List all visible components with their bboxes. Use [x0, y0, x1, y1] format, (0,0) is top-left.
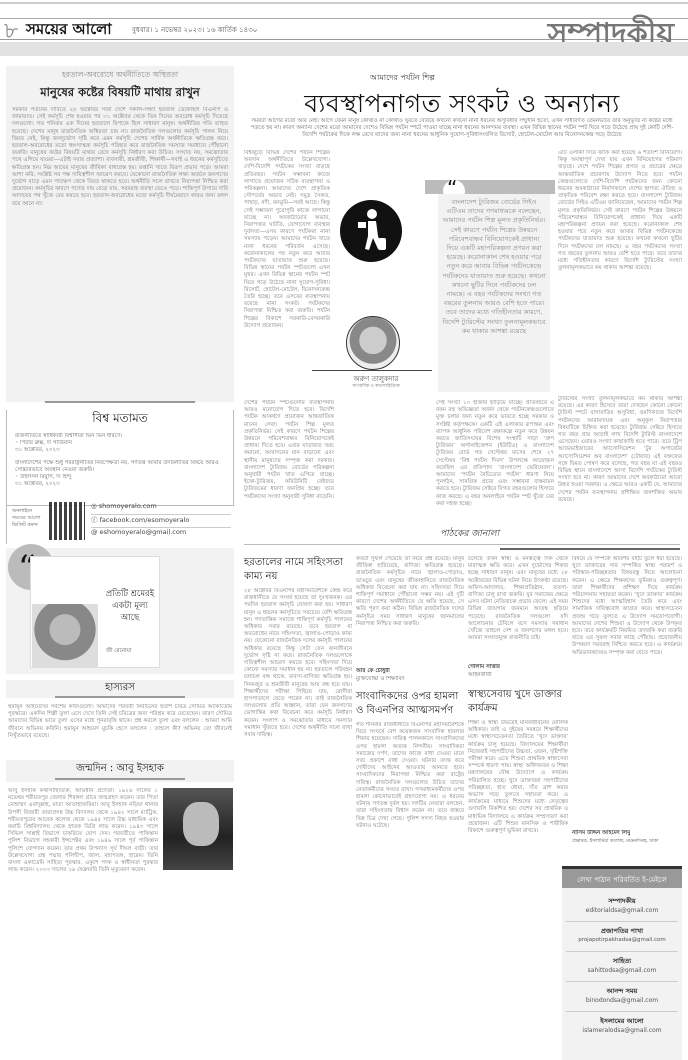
contact-email-link[interactable]: editorialdsa@gmail.com — [566, 907, 678, 914]
contacts-title: লেখা পাঠান পরিবর্তিত ই-মেইলে — [562, 866, 682, 888]
divider — [500, 548, 680, 550]
main-lead: সময়টা আগের মতো আর নেই। আগে যেমন মানুষ ক… — [244, 118, 680, 142]
editorial-headline: মানুষের কষ্টের বিষয়টি মাথায় রাখুন — [12, 84, 228, 103]
spacer — [402, 150, 414, 151]
contact-email-link[interactable]: projapotirpakhadsa@gmail.com — [566, 937, 678, 943]
pullquote-text: বাংলাদেশ ট্যুরিজম বোর্ডের সিইও এটিএম তাদ… — [438, 194, 550, 392]
article-3-body: গত শনিবার রাজধানীতে বিএনপির মহাসমাবেশকে … — [356, 722, 464, 1054]
contact-editorial: সম্পাদকীয় editorialdsa@gmail.com — [566, 892, 678, 922]
quote-author: জী রেনোয়া — [106, 648, 131, 656]
world-opinion-box: বিশ্ব মতামত রাজনীতিতে স্বাধিকারী বিশ্বাস… — [6, 410, 234, 506]
website-link[interactable]: ◎ shomoyeralo.com — [91, 502, 231, 515]
portrait-face — [183, 802, 219, 846]
opinion-quote-1: রাজনীতিতে স্বাধিকারী বিশ্বাসীরা ভিন ভিন … — [15, 433, 225, 440]
issue-date: বুধবার। ১ নভেম্বর ২০২৩। ১৬ কার্তিক ১৪৩০ — [132, 24, 257, 36]
header-band — [0, 42, 688, 56]
author-portrait — [32, 604, 98, 668]
contact-projapoti: প্রজাপতির পাখা projapotirpakhadsa@gmail.… — [566, 922, 678, 952]
contact-label: ইসলামের আলো — [566, 1016, 678, 1027]
contact-label: প্রজাপতির পাখা — [566, 926, 678, 937]
article-4-author: গোলাম সাত্তার — [468, 664, 500, 671]
article-1-body: ২৮ অক্টোবর বিএনপির মহাসমাবেশকে কেন্দ্র ক… — [244, 588, 352, 1054]
opinion-author-1: ◦ পিটার ব্রুক্স, দ্য গার্ডিয়ান — [15, 440, 225, 447]
article-5-body: শিক্ষা ও স্বাস্থ্য উভয়েই মানবজীবনের মৌল… — [468, 720, 568, 1054]
contact-emails-box: লেখা পাঠান পরিবর্তিত ই-মেইলে সম্পাদকীয় … — [562, 866, 682, 1060]
traveler-icon — [340, 200, 402, 262]
contact-email-link[interactable]: sahittodsa@gmail.com — [566, 967, 678, 974]
article-2-author: আর কে চৌধুরী — [356, 668, 390, 675]
newspaper-logo[interactable]: সময়ের আলো — [26, 18, 112, 43]
birthday-body: আবু ইসহাক কথাসাহিত্যিক, অভিধান প্রণেতা। … — [8, 788, 158, 1054]
main-column-3: এটি এলাকা দিয়ে ফাঁকি করা হয়েছে ৬ শতাংশ… — [558, 150, 682, 390]
contact-islam: ইসলামের আলো islameralodsa@gmail.com — [566, 1012, 678, 1042]
email-icon: @ — [91, 528, 98, 536]
opinion-date-2: ৩১ অক্টোবর, ২০২৩ — [15, 481, 225, 488]
article-3-title: সাংবাদিকদের ওপর হামলা ও বিএনপির আত্মসমর্… — [356, 690, 466, 718]
humor-header: হাস্যরস — [6, 680, 234, 698]
divider — [312, 370, 432, 371]
social-links-box: অনলাইনে সময়ের আলো ভিজিট করুন ◎ shomoyer… — [6, 500, 234, 544]
article-4-role: আইনজীবী — [468, 672, 492, 679]
opinion-quote-2: বাংলাদেশের পক্ষে শুধু পররাষ্ট্রনীতির নির… — [15, 460, 225, 474]
facebook-link[interactable]: ⓕ facebook.com/esomoyeralo — [91, 515, 231, 528]
author-photo — [346, 316, 400, 370]
article-2-body: কতটা সুফল পেয়েছে তা নিয়ে প্রশ্ন রয়েছে… — [356, 556, 464, 664]
quote-text: প্রতিটি শ্রমেরই একটা মূল্য আছে — [102, 588, 158, 624]
quote-card: “ প্রতিটি শ্রমেরই একটা মূল্য আছে জী রেনো… — [6, 548, 234, 674]
letters-section-logo: পাঠকের জানালা — [440, 526, 500, 541]
email-link[interactable]: @ eshomoyeralo@gmail.com — [91, 528, 231, 541]
divider — [244, 544, 680, 545]
visit-online-label: অনলাইনে সময়ের আলো ভিজিট করুন — [12, 508, 46, 529]
editorial-box: হরতাল-অবরোধে অর্থনীতিতে অস্থিরতা মানুষের… — [6, 66, 234, 402]
opinion-author-2: ◦ উইলসন রিবুর্গি, দ্য হিন্দু — [15, 474, 225, 481]
main-column-5: ট্যুরিস্টের সংখ্যা তুলনামূলকভাবে কম থাকা… — [558, 396, 682, 535]
top-rule — [0, 2, 688, 4]
main-column-4: সেই সংখ্যা ১০ হাজার ছাড়িয়ে যাচ্ছে। প্র… — [436, 400, 554, 535]
article-2-role: মুক্তিযোদ্ধা ও শিক্ষাবিদ — [356, 676, 405, 683]
contact-label: আনন্দ সময় — [566, 986, 678, 997]
divider — [55, 778, 185, 780]
author-role: সাংবাদিক ও কথাসাহিত্যিক — [336, 383, 416, 390]
contact-label: সাহিত্য — [566, 956, 678, 967]
opinion-date-1: ৩১ অক্টোবর, ২০২৩ — [15, 447, 225, 454]
article-1-title: হরতালের নামে সহিংসতা কাম্য নয় — [244, 556, 352, 584]
birthday-header: জন্মদিন : আবু ইসহাক — [6, 760, 234, 782]
editorial-kicker: হরতাল-অবরোধে অর্থনীতিতে অস্থিরতা — [12, 70, 228, 82]
article-4-body: চলেছে তখন স্বাস্থ্য ও মনস্তত্ত্ব দিক থেক… — [468, 556, 568, 660]
article-5-title: স্বাস্থ্যসেবায় খুদে ডাক্তার কার্যক্রম — [468, 688, 568, 716]
divider — [45, 401, 195, 403]
birthday-title: জন্মদিন : আবু ইসহাক — [6, 760, 234, 778]
divider — [55, 696, 185, 698]
facebook-icon: ⓕ — [91, 515, 98, 524]
abu-ishaque-portrait — [163, 788, 233, 870]
article-6-author: নাসিম উদ্দিন আহমেদ লিমু — [572, 830, 630, 837]
traveler-glyph — [340, 200, 402, 262]
contact-email-link[interactable]: islameralodsa@gmail.com — [566, 1027, 678, 1034]
globe-icon: ◎ — [91, 502, 97, 510]
main-column-2: দেশের পর্যটন স্পটগুলোর ব্যবস্থাপনায় আরও… — [244, 400, 334, 535]
contact-email-link[interactable]: binodondsa@gmail.com — [566, 997, 678, 1004]
article-6-body: বিষয়ে যে সম্পর্কে অতিশয় বইটি তুলে ধরা … — [572, 556, 682, 820]
contact-sahitto: সাহিত্য sahittodsa@gmail.com — [566, 952, 678, 982]
opinion-title: বিশ্ব মতামত — [65, 410, 175, 430]
contact-binodon: আনন্দ সময় binodondsa@gmail.com — [566, 982, 678, 1012]
qr-code[interactable] — [49, 502, 85, 540]
contact-label: সম্পাদকীয় — [566, 896, 678, 907]
editorial-body: সরকার পতনের দাবিতে ২৮ অক্টোবর সারা দেশে … — [12, 107, 228, 397]
humor-title: হাস্যরস — [6, 680, 234, 696]
humor-body: হুমায়ূন আহমেদের সর্বশেষ কাজগুলো। আমাদের… — [8, 704, 232, 754]
article-6-role: প্রভাষক, ইসলামিয়া কলেজ, ময়মনসিংহ, ঢাকা — [572, 838, 682, 845]
